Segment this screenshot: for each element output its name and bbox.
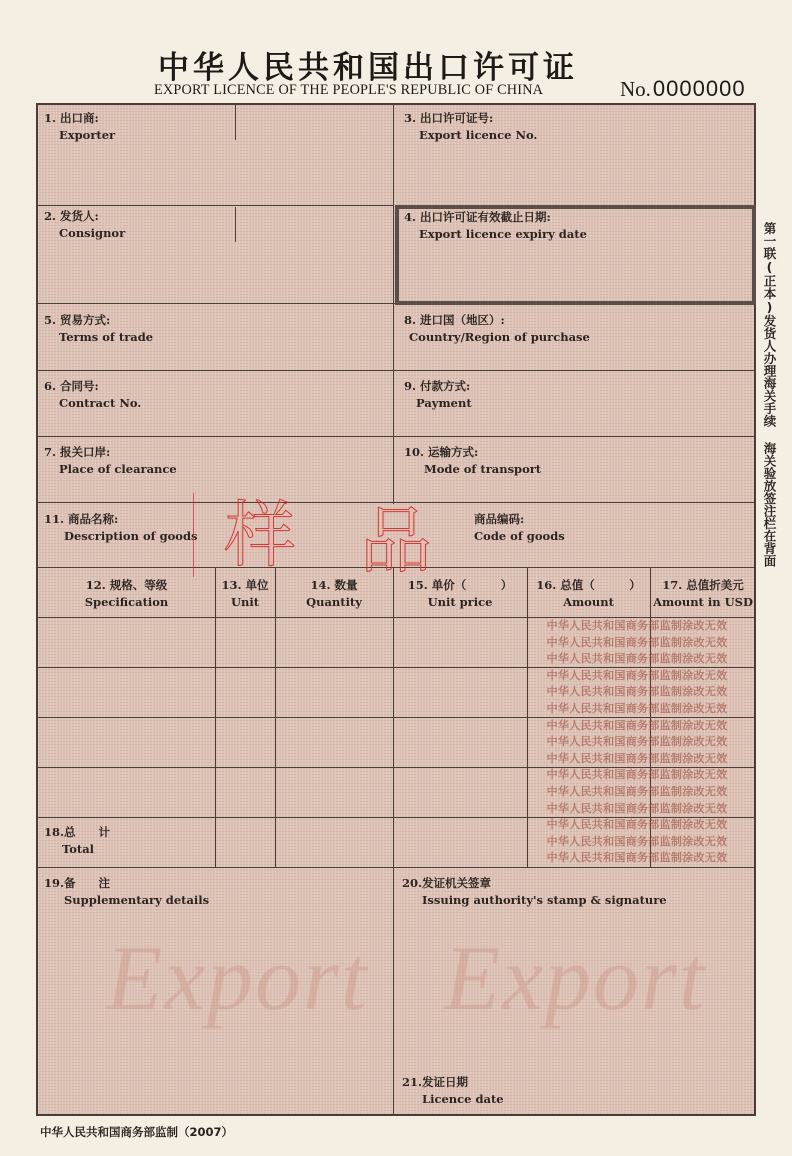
box1-split-line <box>235 105 236 140</box>
col-header-en: Amount in USD <box>650 594 756 611</box>
watermark-line: 中华人民共和国商务部监制涂改无效 <box>528 834 746 851</box>
footer-issuer: 中华人民共和国商务部监制（2007） <box>40 1124 233 1140</box>
sample-stamp-char-1: 样 <box>224 477 296 581</box>
col-header-cn: 16. 总值（ ） <box>527 577 650 594</box>
col-header-en: Quantity <box>275 594 393 611</box>
field-label-cn: 5. 贸易方式: <box>44 312 153 329</box>
field-label-cn: 18.总 计 <box>44 824 110 841</box>
field-label-cn: 3. 出口许可证号: <box>404 110 537 127</box>
col-header-amount: 16. 总值（ ） Amount <box>527 577 650 611</box>
field-label-cn: 9. 付款方式: <box>404 378 472 395</box>
field-label-cn: 20.发证机关签章 <box>402 875 667 892</box>
row-line <box>38 867 756 868</box>
amount-anti-tamper-watermark: 中华人民共和国商务部监制涂改无效 中华人民共和国商务部监制涂改无效 中华人民共和… <box>528 618 756 867</box>
field-terms-of-trade[interactable]: 5. 贸易方式: Terms of trade <box>44 312 153 346</box>
col-header-amount-usd: 17. 总值折美元 Amount in USD <box>650 577 756 611</box>
field-label-cn: 商品编码: <box>474 511 565 528</box>
field-label-cn: 21.发证日期 <box>402 1074 504 1091</box>
field-label-en: Place of clearance <box>44 461 177 478</box>
field-label-en: Terms of trade <box>44 329 153 346</box>
sample-stamp-char-2: 品 <box>360 483 432 587</box>
watermark-line: 中华人民共和国商务部监制涂改无效 <box>528 701 746 718</box>
watermark-line: 中华人民共和国商务部监制涂改无效 <box>528 718 746 735</box>
col-header-cn: 17. 总值折美元 <box>650 577 756 594</box>
field-payment[interactable]: 9. 付款方式: Payment <box>404 378 472 412</box>
licence-form: 1. 出口商: Exporter 2. 发货人: Consignor 3. 出口… <box>36 103 756 1116</box>
licence-title-cn: 中华人民共和国出口许可证 <box>158 42 578 87</box>
licence-number: No.0000000 <box>620 76 746 102</box>
field-label-en: Mode of transport <box>404 461 541 478</box>
watermark-line: 中华人民共和国商务部监制涂改无效 <box>528 767 746 784</box>
copy-side-note: 第一联(正本)发货人办理海关手续 海关验放签注栏在背面 <box>759 222 777 567</box>
col-header-en: Specification <box>38 594 215 611</box>
field-supplementary-details[interactable]: 19.备 注 Supplementary details <box>44 875 209 909</box>
col-header-en: Unit price <box>393 594 527 611</box>
field-label-cn: 4. 出口许可证有效截止日期: <box>404 209 587 226</box>
watermark-line: 中华人民共和国商务部监制涂改无效 <box>528 668 746 685</box>
field-country-of-purchase[interactable]: 8. 进口国（地区）: Country/Region of purchase <box>404 312 590 346</box>
row-line <box>38 205 393 206</box>
field-label-cn: 2. 发货人: <box>44 208 125 225</box>
field-label-en: Code of goods <box>474 528 565 545</box>
watermark-line: 中华人民共和国商务部监制涂改无效 <box>528 734 746 751</box>
field-label-cn: 19.备 注 <box>44 875 209 892</box>
pen-mark <box>193 493 194 577</box>
field-label-cn: 6. 合同号: <box>44 378 141 395</box>
col-header-unit: 13. 单位 Unit <box>215 577 275 611</box>
field-label-en: Issuing authority's stamp & signature <box>402 892 667 909</box>
export-watermark-right: Export <box>444 925 706 1031</box>
field-label-en: Contract No. <box>44 395 141 412</box>
field-licence-date[interactable]: 21.发证日期 Licence date <box>402 1074 504 1108</box>
field-label-cn: 1. 出口商: <box>44 110 115 127</box>
col-header-cn: 12. 规格、等级 <box>38 577 215 594</box>
field-place-of-clearance[interactable]: 7. 报关口岸: Place of clearance <box>44 444 177 478</box>
watermark-line: 中华人民共和国商务部监制涂改无效 <box>528 801 746 818</box>
divider-vertical-top <box>393 105 394 504</box>
field-description-of-goods[interactable]: 11. 商品名称: Description of goods <box>44 511 197 545</box>
field-label-en: Consignor <box>44 225 125 242</box>
watermark-line: 中华人民共和国商务部监制涂改无效 <box>528 618 746 635</box>
field-label-cn: 10. 运输方式: <box>404 444 541 461</box>
watermark-line: 中华人民共和国商务部监制涂改无效 <box>528 635 746 652</box>
watermark-line: 中华人民共和国商务部监制涂改无效 <box>528 850 746 867</box>
watermark-line: 中华人民共和国商务部监制涂改无效 <box>528 784 746 801</box>
col-header-en: Unit <box>215 594 275 611</box>
field-issuing-authority[interactable]: 20.发证机关签章 Issuing authority's stamp & si… <box>402 875 667 909</box>
field-label-en: Description of goods <box>44 528 197 545</box>
field-label-en: Export licence No. <box>404 127 537 144</box>
licence-title-en: EXPORT LICENCE OF THE PEOPLE'S REPUBLIC … <box>154 82 543 99</box>
field-export-licence-no[interactable]: 3. 出口许可证号: Export licence No. <box>404 110 537 144</box>
field-label-en: Supplementary details <box>44 892 209 909</box>
licence-no-label: No. <box>620 77 651 101</box>
field-contract-no[interactable]: 6. 合同号: Contract No. <box>44 378 141 412</box>
field-label-en: Country/Region of purchase <box>404 329 590 346</box>
export-watermark-left: Export <box>106 925 368 1031</box>
field-code-of-goods[interactable]: 商品编码: Code of goods <box>474 511 565 545</box>
watermark-line: 中华人民共和国商务部监制涂改无效 <box>528 651 746 668</box>
field-label-cn: 7. 报关口岸: <box>44 444 177 461</box>
row-line <box>38 436 756 437</box>
watermark-line: 中华人民共和国商务部监制涂改无效 <box>528 751 746 768</box>
field-label-en: Licence date <box>402 1091 504 1108</box>
field-consignor[interactable]: 2. 发货人: Consignor <box>44 208 125 242</box>
row-line <box>38 370 756 371</box>
field-label-cn: 8. 进口国（地区）: <box>404 312 590 329</box>
col-header-specification: 12. 规格、等级 Specification <box>38 577 215 611</box>
field-exporter[interactable]: 1. 出口商: Exporter <box>44 110 115 144</box>
box2-split-line <box>235 207 236 242</box>
field-label-en: Total <box>44 841 110 858</box>
watermark-line: 中华人民共和国商务部监制涂改无效 <box>528 817 746 834</box>
field-label-en: Export licence expiry date <box>404 226 587 243</box>
watermark-line: 中华人民共和国商务部监制涂改无效 <box>528 684 746 701</box>
field-total[interactable]: 18.总 计 Total <box>44 824 110 858</box>
field-label-en: Payment <box>404 395 472 412</box>
field-mode-of-transport[interactable]: 10. 运输方式: Mode of transport <box>404 444 541 478</box>
licence-no-value: 0000000 <box>653 76 746 101</box>
field-licence-expiry-date[interactable]: 4. 出口许可证有效截止日期: Export licence expiry da… <box>404 209 587 243</box>
col-header-en: Amount <box>527 594 650 611</box>
field-label-cn: 11. 商品名称: <box>44 511 197 528</box>
field-label-en: Exporter <box>44 127 115 144</box>
